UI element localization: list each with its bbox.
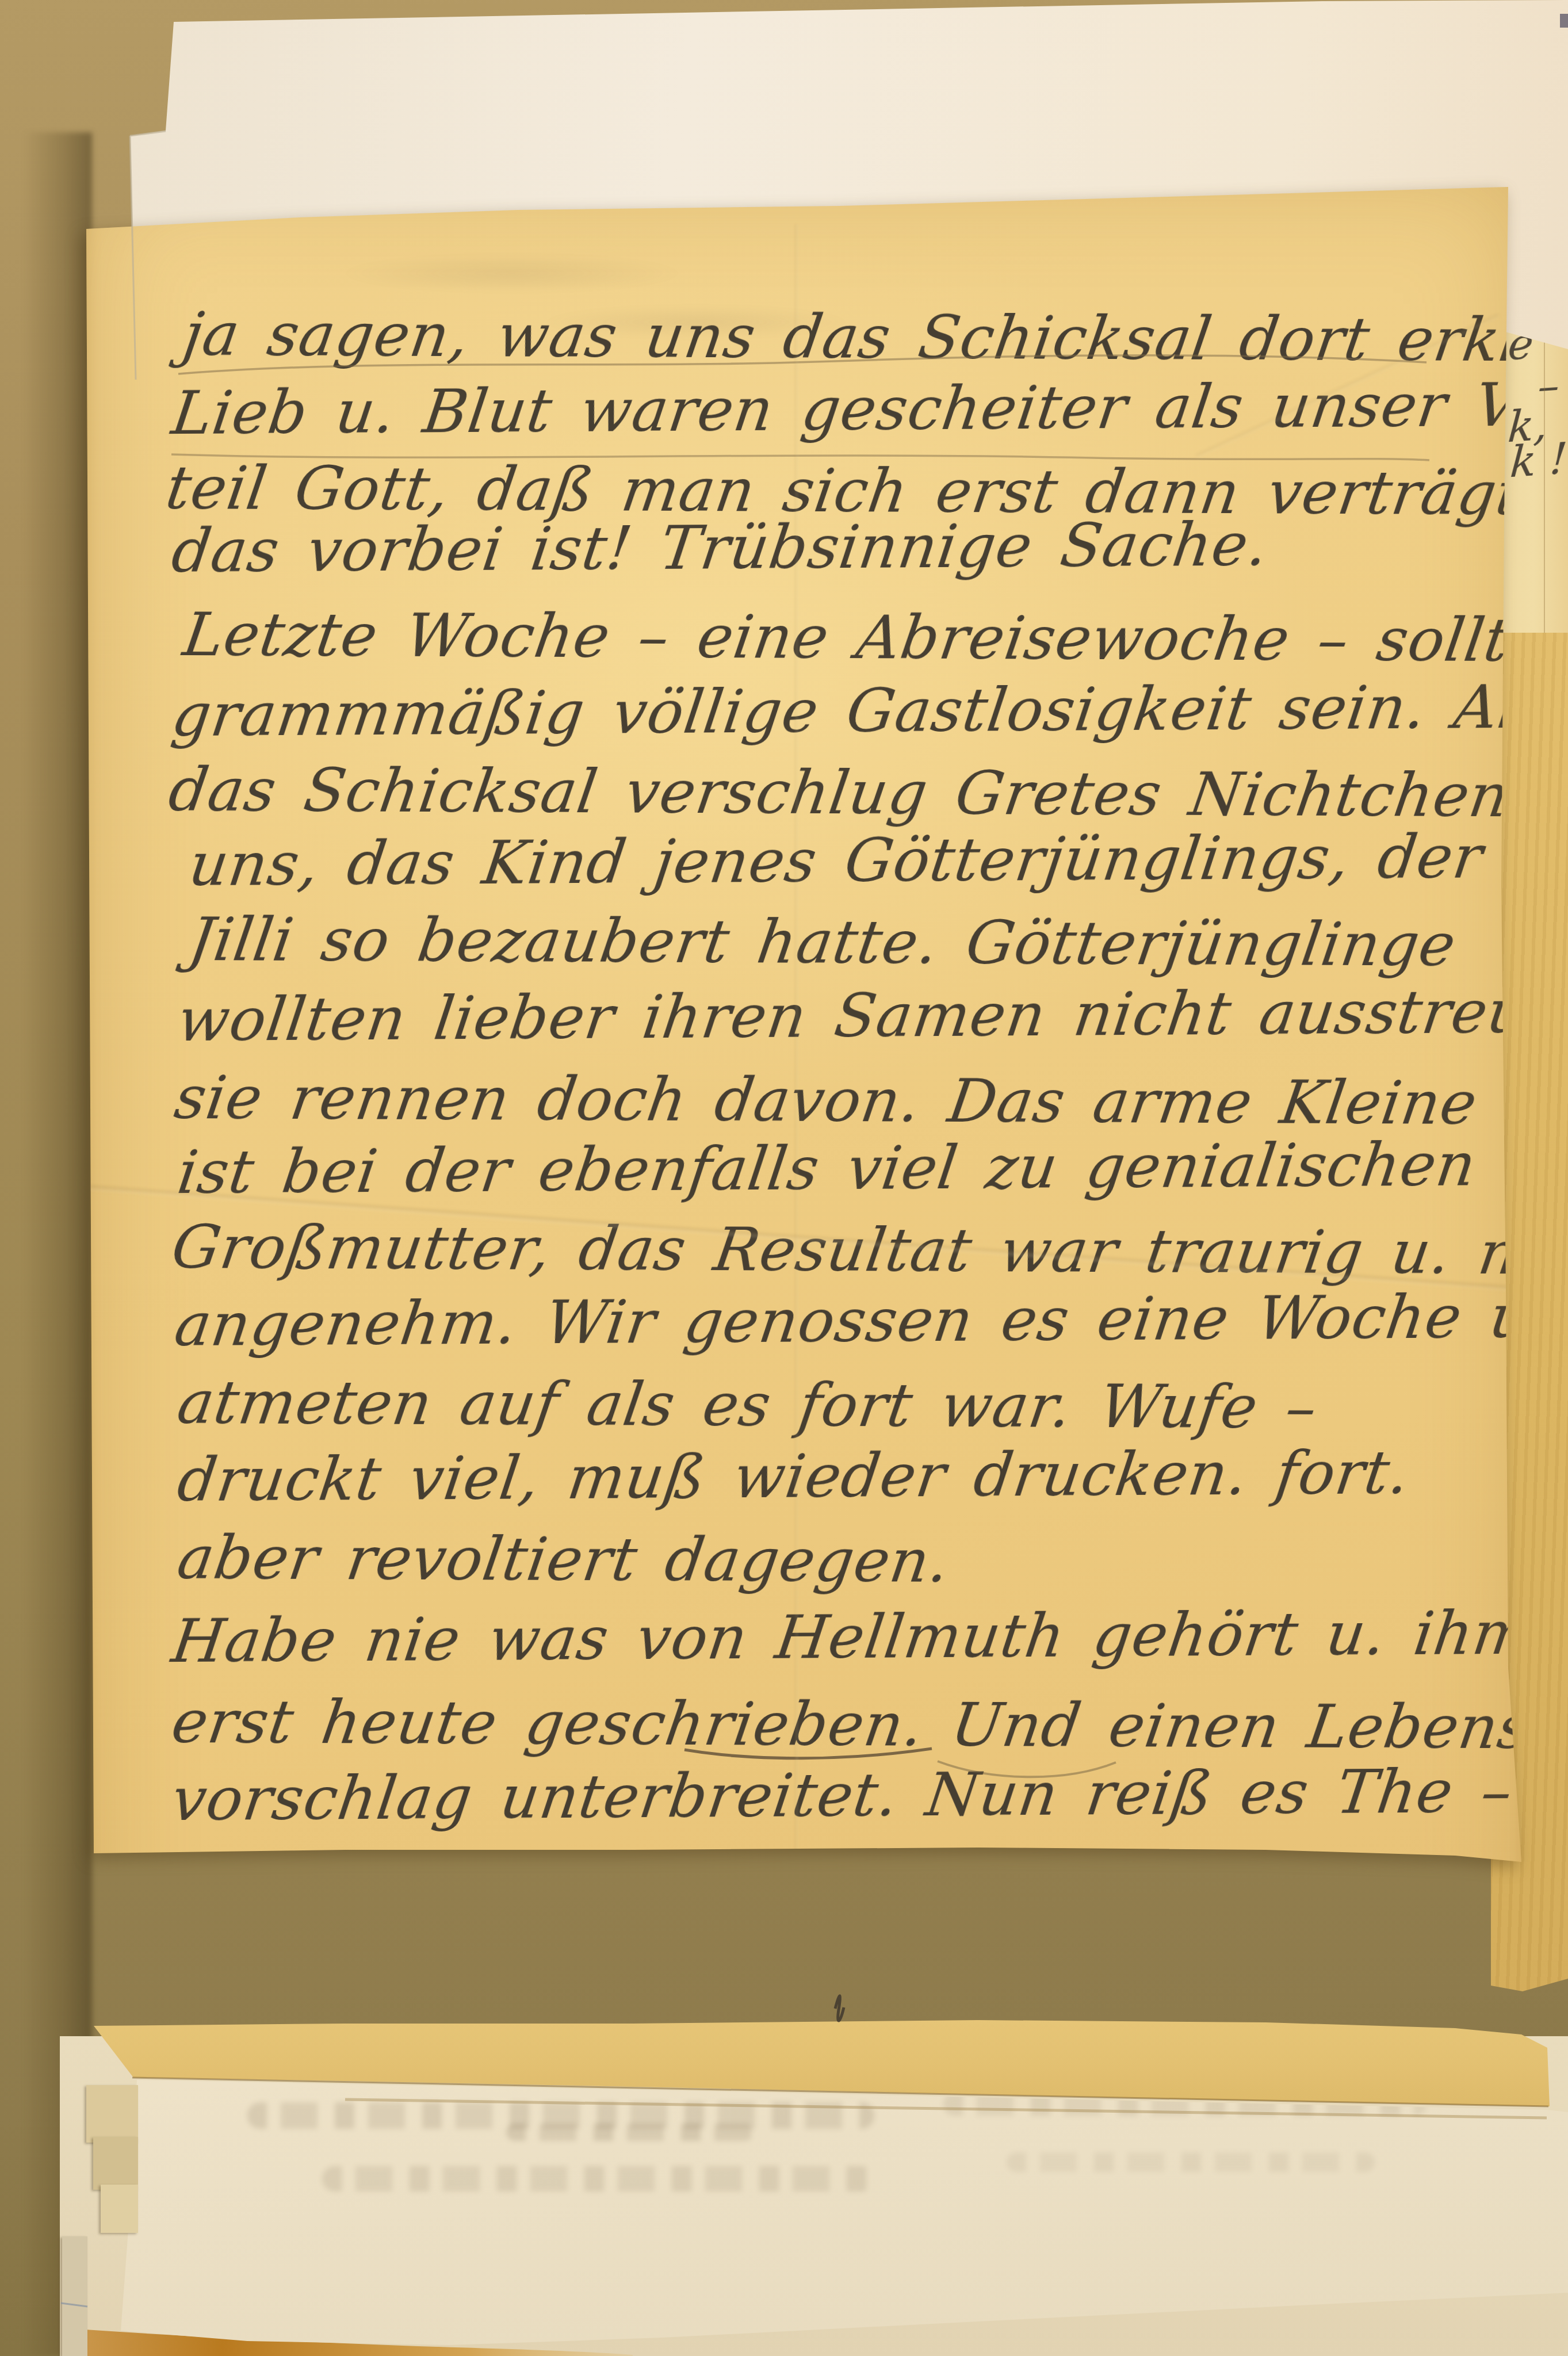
handwritten-line: ist bei der ebenfalls viel zu genialisch… [174, 1129, 1481, 1207]
handwritten-line: druckt viel, muß wieder drucken. fort. [174, 1437, 1414, 1515]
handwritten-line: sie rennen doch davon. Das arme Kleine [170, 1062, 1482, 1138]
handwritten-line: ja sagen, was uns das Schicksal dort erk… [179, 299, 1524, 376]
handwritten-line: uns, das Kind jenes Götterjünglings, der [185, 821, 1487, 900]
handwritten-line: vorschlag unterbreitet. Nun reiß es The … [168, 1756, 1517, 1834]
handwritten-line: teil Gott, daß man sich erst dann verträ… [162, 453, 1524, 530]
handwritten-line: grammmäßig völlige Gastlosigkeit sein. A… [168, 671, 1524, 750]
handwritten-line: Großmutter, das Resultat war traurig u. … [167, 1212, 1524, 1288]
handwritten-line: atmeten auf als es fort war. Wufe – [173, 1367, 1322, 1443]
handwritten-line: erst heute geschrieben. Und einen Lebens… [167, 1686, 1524, 1762]
letter-page: ja sagen, was uns das Schicksal dort erk… [86, 173, 1524, 2036]
letter-page-wrap: ja sagen, was uns das Schicksal dort erk… [0, 0, 1568, 2356]
handwritten-line: Jilli so bezaubert hatte. Götterjüngling… [185, 904, 1460, 980]
handwritten-line: Letzte Woche – eine Abreisewoche – sollt… [179, 599, 1524, 676]
showthrough-smudge [535, 305, 857, 339]
pencil-marks [86, 173, 1524, 2036]
photo-of-handwritten-letter: e – k, k ! ja sagen, was uns das Schicks… [0, 0, 1568, 2356]
showthrough-smudge [334, 253, 690, 293]
handwritten-line: angenehm. Wir genossen es eine Woche u. [171, 1281, 1524, 1360]
fold-crease-vertical [795, 224, 798, 2019]
handwritten-line: das Schicksal verschlug Gretes Nichtchen… [165, 755, 1524, 831]
handwritten-line: das vorbei ist! Trübsinnige Sache. [168, 509, 1273, 586]
fold-crease-horizontal [86, 1185, 1509, 1291]
handwritten-line: Lieb u. Blut waren gescheiter als unser … [168, 368, 1524, 448]
fold-crease-diagonal [1196, 313, 1500, 458]
fold-shadow-bottom [86, 1917, 1513, 1964]
handwritten-line: Habe nie was von Hellmuth gehört u. ihm [168, 1598, 1524, 1676]
handwritten-line: aber revoltiert dagegen. [173, 1523, 954, 1596]
handwritten-line: wollten lieber ihren Samen nicht ausstre… [174, 976, 1524, 1055]
